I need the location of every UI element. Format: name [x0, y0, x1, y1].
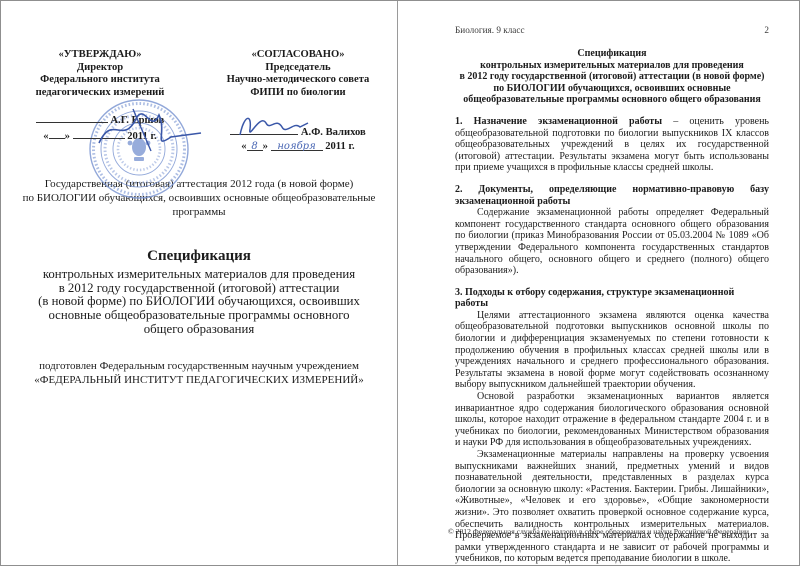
agree-line: Научно-методического совета [212, 74, 384, 87]
right-page-content: Биология. 9 класс 2 Спецификация контрол… [455, 1, 769, 565]
chairman-signature-icon [236, 109, 316, 143]
spec-title-line: контрольных измерительных материалов для… [455, 60, 769, 72]
spec-title-line: Спецификация [455, 48, 769, 60]
agree-line: ФИПИ по биологии [212, 87, 384, 100]
section-3-paragraph: Целями аттестационного экзамена являются… [455, 310, 769, 391]
section-3-heading: 3. Подходы к отбору содержания, структур… [455, 287, 769, 310]
section-3-paragraph: Основой разработки экзаменационных вариа… [455, 391, 769, 449]
day-blank [49, 129, 65, 139]
handwritten-month: ноября [277, 141, 315, 152]
section-1-heading: 1. Назначение экзаменационной работы [455, 116, 662, 127]
section-2-heading: 2. Документы, определяющие нормативно-пр… [455, 184, 769, 207]
handwritten-day: 8 [251, 141, 257, 152]
agree-line: Председатель [212, 62, 384, 75]
agree-year: 2011 г. [325, 141, 355, 152]
section-2-paragraph: Содержание экзаменационной работы опреде… [455, 207, 769, 277]
cover-subtitle-line: в 2012 году государственной (итоговой) а… [1, 282, 397, 296]
document-spread: «УТВЕРЖДАЮ» Директор Федерального инстит… [0, 0, 800, 566]
gia-statement: Государственная (итоговая) аттестация 20… [1, 178, 397, 219]
prepared-line: «ФЕДЕРАЛЬНЫЙ ИНСТИТУТ ПЕДАГОГИЧЕСКИХ ИЗМ… [1, 374, 397, 387]
cover-title: Спецификация [1, 248, 397, 265]
spec-title-line: общеобразовательные программы основного … [455, 94, 769, 106]
header-subject: Биология. 9 класс [455, 25, 525, 35]
quote: » [65, 131, 70, 142]
agree-date-line: «8» ноября 2011 г. [212, 141, 384, 152]
spec-title-line: по БИОЛОГИИ обучающихся, освоивших основ… [455, 83, 769, 95]
spec-title-block: Спецификация контрольных измерительных м… [455, 48, 769, 106]
gia-line: Государственная (итоговая) аттестация 20… [1, 178, 397, 192]
section-3: 3. Подходы к отбору содержания, структур… [455, 287, 769, 565]
copyright-footer: © 2012 Федеральная служба по надзору в с… [418, 527, 779, 536]
cover-subtitle-line: общего образования [1, 323, 397, 337]
quote: » [263, 141, 268, 152]
agree-line: «СОГЛАСОВАНО» [212, 49, 384, 62]
cover-subtitle-line: основные общеобразовательные программы о… [1, 309, 397, 323]
gia-line: по БИОЛОГИИ обучающихся, освоивших основ… [1, 192, 397, 206]
spec-body: 1. Назначение экзаменационной работы – о… [455, 116, 769, 565]
section-3-paragraph: Экзаменационные материалы направлены на … [455, 449, 769, 565]
page-number: 2 [764, 25, 769, 35]
director-signature-icon [93, 103, 211, 155]
section-2: 2. Документы, определяющие нормативно-пр… [455, 184, 769, 277]
cover-subtitle: контрольных измерительных материалов для… [1, 268, 397, 336]
approve-line: Федерального института [14, 74, 186, 87]
approve-line: «УТВЕРЖДАЮ» [14, 49, 186, 62]
cover-subtitle-line: контрольных измерительных материалов для… [1, 268, 397, 282]
approve-line: Директор [14, 62, 186, 75]
page-spec-right: Биология. 9 класс 2 Спецификация контрол… [397, 1, 799, 565]
approve-line: педагогических измерений [14, 87, 186, 100]
section-1: 1. Назначение экзаменационной работы – о… [455, 116, 769, 174]
cover-subtitle-line: (в новой форме) по БИОЛОГИИ обучающихся,… [1, 295, 397, 309]
prepared-line: подготовлен Федеральным государственным … [1, 360, 397, 373]
spec-title-line: в 2012 году государственной (итоговой) а… [455, 71, 769, 83]
prepared-by: подготовлен Федеральным государственным … [1, 360, 397, 387]
gia-line: программы [1, 206, 397, 220]
running-header: Биология. 9 класс 2 [455, 25, 769, 35]
page-title-left: «УТВЕРЖДАЮ» Директор Федерального инстит… [1, 1, 397, 565]
